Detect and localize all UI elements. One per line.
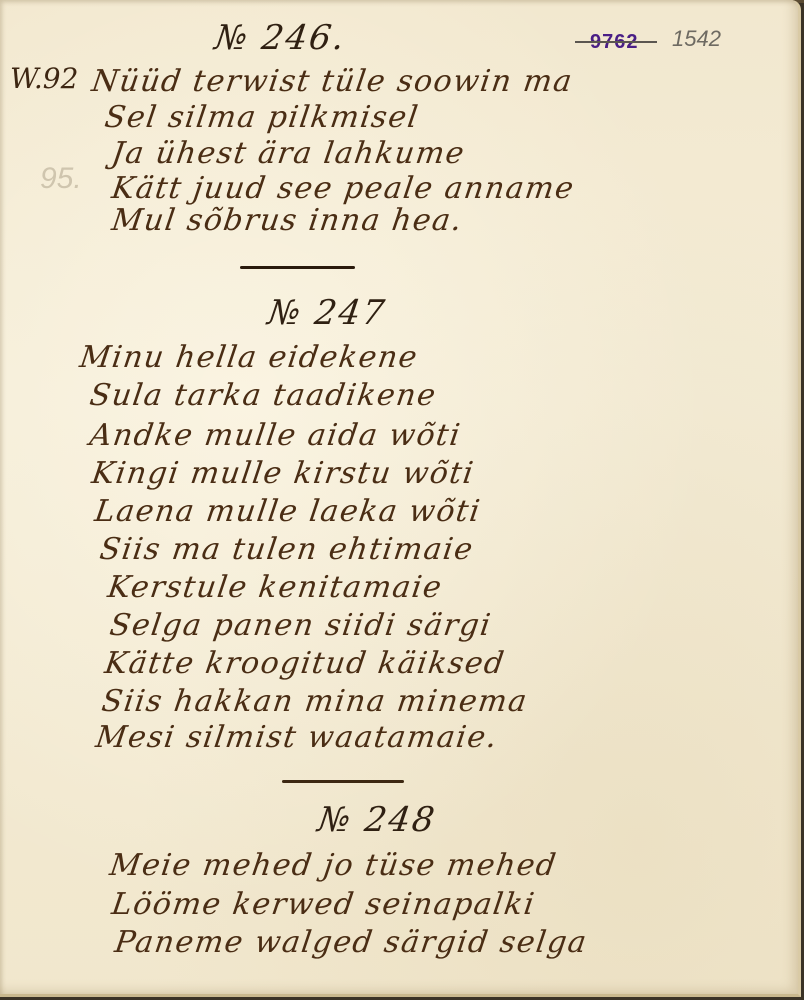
section-divider: [282, 780, 404, 783]
song-247-line-5: Laena mulle laeka wõti: [93, 494, 484, 529]
song-246-line-1: Nüüd terwist tüle soowin ma: [90, 64, 576, 99]
song-247-line-2: Sula tarka taadikene: [88, 378, 439, 413]
song-246-line-4: Kätt juud see peale anname: [110, 171, 577, 206]
song-247-line-7: Kerstule kenitamaie: [106, 570, 445, 605]
song-246-line-3: Ja ühest ära lahkume: [110, 136, 468, 171]
catalog-mark: W.92: [10, 62, 78, 95]
section-divider: [240, 266, 355, 269]
song-number-246: № 246.: [212, 18, 348, 58]
pencil-page-number: 1542: [672, 26, 721, 52]
song-247-line-10: Siis hakkan mina minema: [100, 684, 531, 719]
song-248-line-2: Lööme kerwed seinapalki: [110, 887, 538, 922]
song-246-line-2: Sel silma pilkmisel: [103, 100, 422, 135]
song-247-line-11: Mesi silmist waatamaie.: [94, 720, 501, 755]
song-248-line-1: Meie mehed jo tüse mehed: [108, 848, 560, 883]
song-247-line-6: Siis ma tulen ehtimaie: [98, 532, 476, 567]
manuscript-page: 9762 1542 W.92 95. № 246. Nüüd terwist t…: [0, 0, 801, 997]
song-247-line-4: Kingi mulle kirstu wõti: [90, 456, 477, 491]
song-248-line-3: Paneme walged särgid selga: [113, 925, 590, 960]
song-number-248: № 248: [315, 800, 439, 840]
song-247-line-9: Kätte kroogitud käiksed: [103, 646, 508, 681]
song-247-line-8: Selga panen siidi särgi: [108, 608, 494, 643]
song-246-line-5: Mul sõbrus inna hea.: [110, 203, 466, 238]
archive-stamp-number: 9762: [590, 31, 639, 54]
song-247-line-3: Andke mulle aida wõti: [88, 418, 464, 453]
stamp-strikethrough: [575, 41, 657, 43]
song-number-247: № 247: [265, 293, 389, 333]
song-247-line-1: Minu hella eidekene: [78, 340, 421, 375]
faint-pencil-mark: 95.: [40, 162, 82, 196]
